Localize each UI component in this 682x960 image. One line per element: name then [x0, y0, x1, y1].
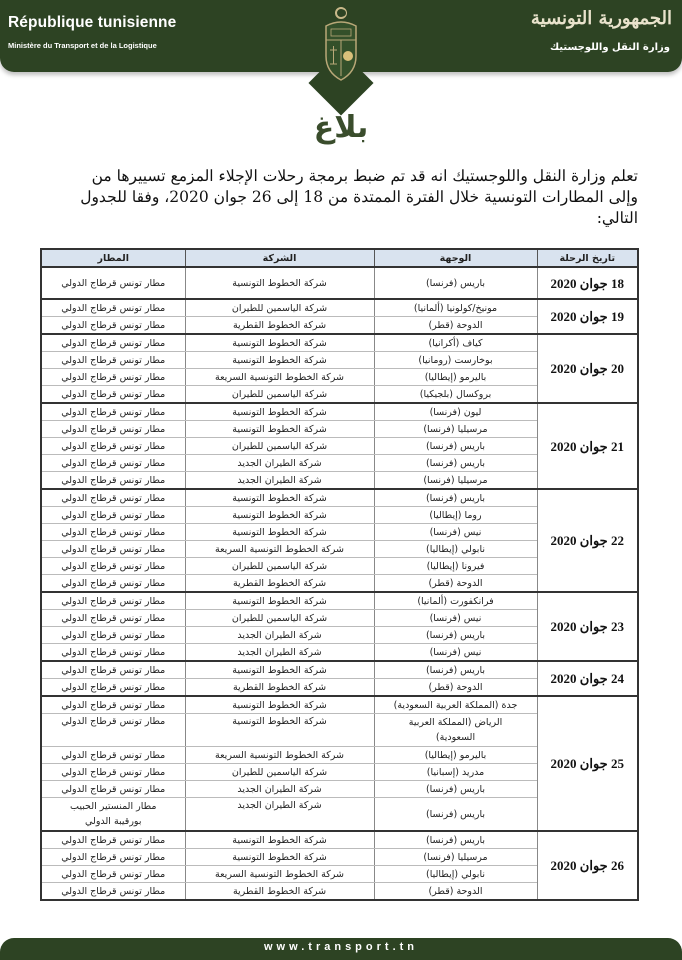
destination-cell: جدة (المملكة العربية السعودية): [374, 696, 537, 714]
airport-cell: مطار تونس قرطاج الدولي: [41, 679, 185, 697]
company-cell: شركة الياسمين للطيران: [185, 764, 374, 781]
company-cell: شركة الطيران الجديد: [185, 472, 374, 490]
company-cell: شركة الخطوط التونسية: [185, 334, 374, 352]
destination-cell: الرياض (المملكة العربية السعودية): [374, 714, 537, 747]
airport-cell: مطار تونس قرطاج الدولي: [41, 403, 185, 421]
table-row: 19 جوان 2020 مونيخ/كولونيا (ألمانيا) شرك…: [41, 299, 638, 317]
tunisia-coat-of-arms-icon: [318, 4, 364, 86]
table-row: 21 جوان 2020 ليون (فرنسا) شركة الخطوط ال…: [41, 403, 638, 421]
company-cell: شركة الطيران الجديد: [185, 455, 374, 472]
destination-cell: الدوحة (قطر): [374, 575, 537, 593]
destination-cell: مدريد (إسبانيا): [374, 764, 537, 781]
airport-cell: مطار تونس قرطاج الدولي: [41, 764, 185, 781]
airport-cell: مطار تونس قرطاج الدولي: [41, 781, 185, 798]
company-cell: شركة الخطوط التونسية: [185, 714, 374, 747]
arabic-republic-title: الجمهورية التونسية: [531, 8, 672, 29]
company-cell: شركة الخطوط التونسية: [185, 507, 374, 524]
destination-cell: بروكسال (بلجيكيا): [374, 386, 537, 404]
company-cell: شركة الطيران الجديد: [185, 627, 374, 644]
flight-date: 24 جوان 2020: [537, 661, 638, 696]
airport-cell: مطار تونس قرطاج الدولي: [41, 558, 185, 575]
company-cell: شركة الخطوط التونسية: [185, 352, 374, 369]
header-destination: الوجهة: [374, 249, 537, 267]
airport-cell: مطار تونس قرطاج الدولي: [41, 472, 185, 490]
airport-cell: مطار تونس قرطاج الدولي: [41, 644, 185, 662]
company-cell: شركة الخطوط التونسية: [185, 696, 374, 714]
airport-cell: مطار تونس قرطاج الدولي: [41, 714, 185, 747]
airport-cell: مطار تونس قرطاج الدولي: [41, 661, 185, 679]
company-cell: شركة الخطوط التونسية: [185, 421, 374, 438]
company-cell: شركة الخطوط التونسية: [185, 267, 374, 299]
evacuation-flights-table: تاريخ الرحلة الوجهة الشركة المطار 18 جوا…: [40, 248, 639, 901]
destination-cell: نيس (فرنسا): [374, 524, 537, 541]
destination-cell: مرسيليا (فرنسا): [374, 421, 537, 438]
airport-cell: مطار تونس قرطاج الدولي: [41, 455, 185, 472]
destination-cell: باريس (فرنسا): [374, 781, 537, 798]
airport-cell: مطار تونس قرطاج الدولي: [41, 610, 185, 627]
flight-date: 21 جوان 2020: [537, 403, 638, 489]
destination-cell: مونيخ/كولونيا (ألمانيا): [374, 299, 537, 317]
website-url: www.transport.tn: [0, 941, 682, 953]
airport-cell: مطار تونس قرطاج الدولي: [41, 575, 185, 593]
company-cell: شركة الخطوط التونسية: [185, 849, 374, 866]
flight-date: 19 جوان 2020: [537, 299, 638, 334]
company-cell: شركة الطيران الجديد: [185, 798, 374, 832]
destination-cell: باليرمو (إيطاليا): [374, 747, 537, 764]
airport-cell: مطار تونس قرطاج الدولي: [41, 352, 185, 369]
destination-cell: نابولي (إيطاليا): [374, 866, 537, 883]
company-cell: شركة الياسمين للطيران: [185, 438, 374, 455]
company-cell: شركة الياسمين للطيران: [185, 299, 374, 317]
destination-cell: الدوحة (قطر): [374, 679, 537, 697]
destination-cell: مرسيليا (فرنسا): [374, 849, 537, 866]
destination-cell: باليرمو (إيطاليا): [374, 369, 537, 386]
flight-date: 26 جوان 2020: [537, 831, 638, 900]
footer-band: www.transport.tn: [0, 938, 682, 960]
company-cell: شركة الطيران الجديد: [185, 644, 374, 662]
destination-cell: نيس (فرنسا): [374, 610, 537, 627]
destination-cell: كياف (أكرانيا): [374, 334, 537, 352]
table-row: 25 جوان 2020 جدة (المملكة العربية السعود…: [41, 696, 638, 714]
destination-cell: فرانكفورت (ألمانيا): [374, 592, 537, 610]
airport-cell: مطار تونس قرطاج الدولي: [41, 831, 185, 849]
company-cell: شركة الخطوط القطرية: [185, 317, 374, 335]
company-cell: شركة الطيران الجديد: [185, 781, 374, 798]
airport-cell: مطار تونس قرطاج الدولي: [41, 866, 185, 883]
destination-cell: نابولي (إيطاليا): [374, 541, 537, 558]
flight-date: 25 جوان 2020: [537, 696, 638, 831]
airport-cell: مطار تونس قرطاج الدولي: [41, 267, 185, 299]
airport-cell: مطار تونس قرطاج الدولي: [41, 883, 185, 901]
document-title: بلاغ: [0, 110, 682, 145]
company-cell: شركة الخطوط التونسية السريعة: [185, 866, 374, 883]
destination-cell: بوخارست (رومانيا): [374, 352, 537, 369]
destination-cell: الدوحة (قطر): [374, 317, 537, 335]
airport-cell: مطار تونس قرطاج الدولي: [41, 369, 185, 386]
destination-cell: باريس (فرنسا): [374, 798, 537, 832]
flight-date: 23 جوان 2020: [537, 592, 638, 661]
destination-cell: باريس (فرنسا): [374, 438, 537, 455]
french-ministry-subtitle: Ministère du Transport et de la Logistiq…: [8, 41, 157, 50]
destination-cell: ليون (فرنسا): [374, 403, 537, 421]
airport-cell: مطار تونس قرطاج الدولي: [41, 421, 185, 438]
header-company: الشركة: [185, 249, 374, 267]
french-republic-title: République tunisienne: [8, 14, 176, 32]
destination-cell: الدوحة (قطر): [374, 883, 537, 901]
company-cell: شركة الخطوط القطرية: [185, 575, 374, 593]
airport-cell: مطار تونس قرطاج الدولي: [41, 438, 185, 455]
intro-paragraph: تعلم وزارة النقل واللوجستيك انه قد تم ضب…: [72, 166, 638, 229]
company-cell: شركة الخطوط التونسية السريعة: [185, 541, 374, 558]
flight-date: 18 جوان 2020: [537, 267, 638, 299]
header-airport: المطار: [41, 249, 185, 267]
airport-cell: مطار تونس قرطاج الدولي: [41, 696, 185, 714]
destination-cell: مرسيليا (فرنسا): [374, 472, 537, 490]
airport-cell: مطار تونس قرطاج الدولي: [41, 507, 185, 524]
flight-date: 20 جوان 2020: [537, 334, 638, 403]
flight-date: 22 جوان 2020: [537, 489, 638, 592]
airport-cell: مطار تونس قرطاج الدولي: [41, 592, 185, 610]
table-row: 26 جوان 2020 باريس (فرنسا) شركة الخطوط ا…: [41, 831, 638, 849]
airport-cell: مطار تونس قرطاج الدولي: [41, 849, 185, 866]
table-row: 23 جوان 2020 فرانكفورت (ألمانيا) شركة ال…: [41, 592, 638, 610]
company-cell: شركة الياسمين للطيران: [185, 386, 374, 404]
destination-cell: باريس (فرنسا): [374, 267, 537, 299]
airport-cell: مطار تونس قرطاج الدولي: [41, 627, 185, 644]
company-cell: شركة الخطوط التونسية: [185, 403, 374, 421]
destination-cell: باريس (فرنسا): [374, 627, 537, 644]
airport-cell: مطار المنستير الحبيب بورقيبة الدولي: [41, 798, 185, 832]
destination-cell: باريس (فرنسا): [374, 661, 537, 679]
company-cell: شركة الخطوط القطرية: [185, 679, 374, 697]
arabic-ministry-subtitle: وزارة النقل واللوجستيك: [550, 42, 670, 53]
company-cell: شركة الخطوط التونسية: [185, 831, 374, 849]
company-cell: شركة الخطوط التونسية: [185, 524, 374, 541]
airport-cell: مطار تونس قرطاج الدولي: [41, 317, 185, 335]
company-cell: شركة الخطوط التونسية: [185, 592, 374, 610]
destination-cell: نيس (فرنسا): [374, 644, 537, 662]
destination-cell: فيرونا (إيطاليا): [374, 558, 537, 575]
table-row: 20 جوان 2020 كياف (أكرانيا) شركة الخطوط …: [41, 334, 638, 352]
airport-cell: مطار تونس قرطاج الدولي: [41, 299, 185, 317]
table-row: 18 جوان 2020 باريس (فرنسا) شركة الخطوط ا…: [41, 267, 638, 299]
destination-cell: روما (إيطاليا): [374, 507, 537, 524]
table-row: 22 جوان 2020 باريس (فرنسا) شركة الخطوط ا…: [41, 489, 638, 507]
table-row: 24 جوان 2020 باريس (فرنسا) شركة الخطوط ا…: [41, 661, 638, 679]
airport-cell: مطار تونس قرطاج الدولي: [41, 541, 185, 558]
airport-cell: مطار تونس قرطاج الدولي: [41, 747, 185, 764]
table-header-row: تاريخ الرحلة الوجهة الشركة المطار: [41, 249, 638, 267]
airport-cell: مطار تونس قرطاج الدولي: [41, 386, 185, 404]
airport-cell: مطار تونس قرطاج الدولي: [41, 524, 185, 541]
destination-cell: باريس (فرنسا): [374, 455, 537, 472]
company-cell: شركة الخطوط القطرية: [185, 883, 374, 901]
company-cell: شركة الخطوط التونسية: [185, 489, 374, 507]
header-date: تاريخ الرحلة: [537, 249, 638, 267]
company-cell: شركة الخطوط التونسية السريعة: [185, 369, 374, 386]
destination-cell: باريس (فرنسا): [374, 831, 537, 849]
company-cell: شركة الخطوط التونسية: [185, 661, 374, 679]
airport-cell: مطار تونس قرطاج الدولي: [41, 489, 185, 507]
airport-cell: مطار تونس قرطاج الدولي: [41, 334, 185, 352]
destination-cell: باريس (فرنسا): [374, 489, 537, 507]
company-cell: شركة الياسمين للطيران: [185, 558, 374, 575]
company-cell: شركة الخطوط التونسية السريعة: [185, 747, 374, 764]
company-cell: شركة الياسمين للطيران: [185, 610, 374, 627]
